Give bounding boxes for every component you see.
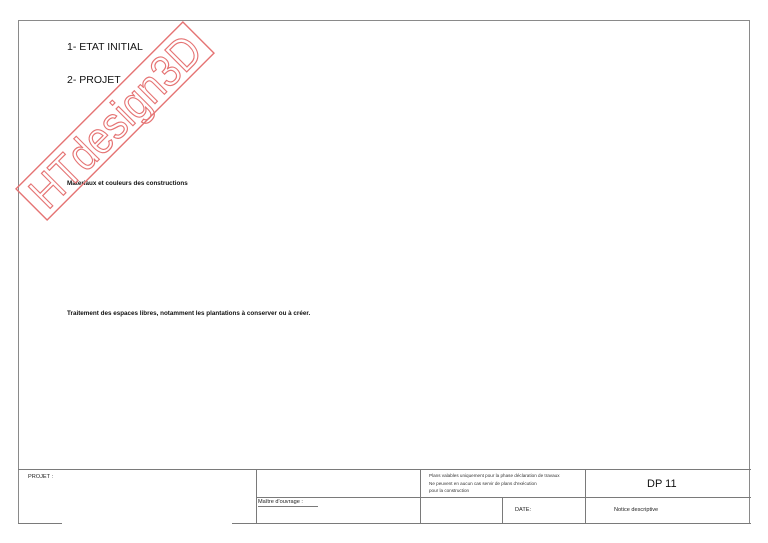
sheet-title: Notice descriptive xyxy=(614,507,658,513)
title-block-bottom-border-right xyxy=(232,523,751,524)
title-block-top-border xyxy=(18,469,751,470)
disclaimer-line-1: Plans valables uniquement pour la phase … xyxy=(429,472,560,480)
projet-label: PROJET : xyxy=(28,474,53,480)
title-block-bottom-border-left xyxy=(18,523,62,524)
drawing-sheet-frame xyxy=(18,20,750,524)
title-block-divider-h xyxy=(256,497,751,498)
maitre-ouvrage-label: Maître d'ouvrage : xyxy=(258,499,303,505)
disclaimer-line-3: pour la construction xyxy=(429,487,560,495)
maitre-ouvrage-underline xyxy=(258,506,318,507)
section-heading-etat-initial: 1- ETAT INITIAL xyxy=(67,41,143,53)
section-heading-projet: 2- PROJET xyxy=(67,74,121,86)
subheading-materiaux: Materiaux et couleurs des constructions xyxy=(67,180,188,187)
subheading-espaces-libres: Traitement des espaces libres, notamment… xyxy=(67,310,310,317)
disclaimer-text: Plans valables uniquement pour la phase … xyxy=(429,472,560,495)
title-block-divider-v3 xyxy=(502,497,503,524)
sheet-code: DP 11 xyxy=(647,478,677,490)
date-label: DATE: xyxy=(515,507,531,513)
disclaimer-line-2: Ne peuvent en aucun cas servir de plans … xyxy=(429,480,560,488)
